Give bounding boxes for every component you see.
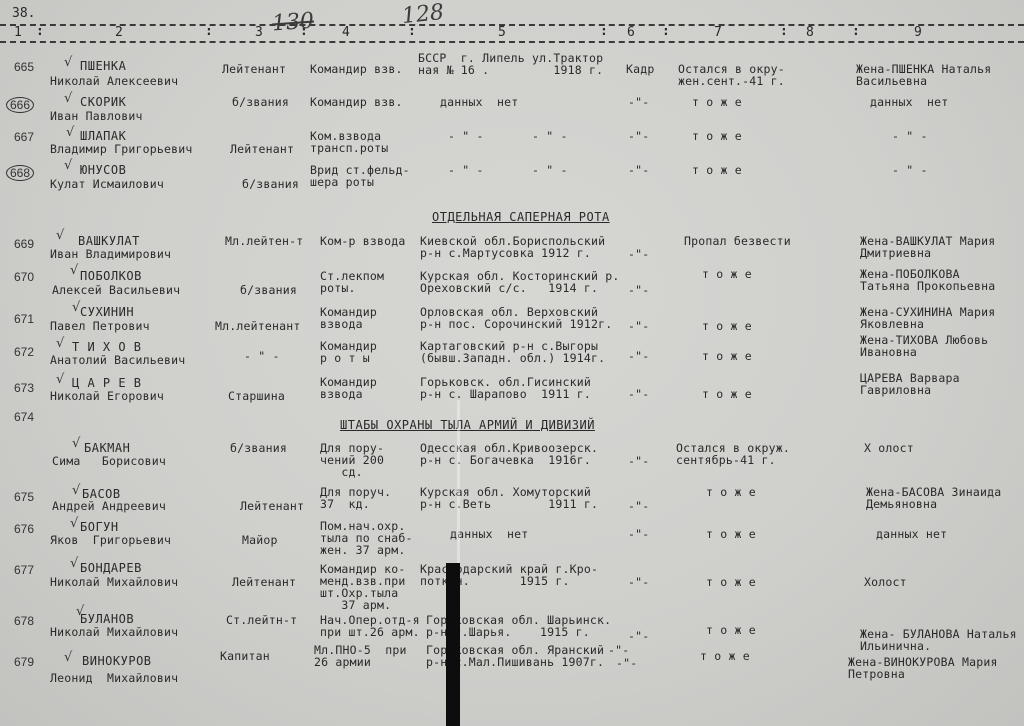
- source: -"-: [608, 644, 629, 656]
- rank: Мл.лейтенант: [215, 320, 300, 332]
- surname: ПОБОЛКОВ: [80, 270, 142, 282]
- relatives: Жена-ПОБОЛКОВА Татьяна Прокопьевна: [860, 268, 995, 292]
- given-names: Алексей Васильевич: [52, 284, 180, 296]
- rank: - " -: [244, 350, 280, 362]
- col-num-4: 4: [342, 25, 350, 40]
- rank: Лейтенант: [222, 63, 286, 75]
- rank: Старшина: [228, 390, 285, 402]
- fate: Остался в окруж. сентябрь-41 г.: [676, 442, 790, 466]
- given-names: Кулат Исмаилович: [50, 178, 164, 190]
- row-number-circled: 666: [6, 97, 34, 113]
- surname: СКОРИК: [80, 96, 126, 108]
- position: Ком-р взвода: [320, 235, 405, 247]
- fate: т о ж е: [700, 650, 750, 662]
- checkmark-icon: √: [66, 125, 74, 140]
- given-names: Сима Борисович: [52, 455, 166, 467]
- fate: т о ж е: [702, 350, 752, 362]
- birthplace-ditto: - " -: [532, 164, 568, 176]
- source: -"-: [628, 284, 649, 296]
- row-number: 669: [14, 237, 34, 251]
- rank: Лейтенант: [230, 143, 294, 155]
- col-sep: :: [852, 24, 860, 39]
- position: Для пору- чений 200 сд.: [320, 442, 384, 478]
- position: Командир взв.: [310, 63, 403, 75]
- relatives: Жена-ВИНОКУРОВА Мария Петровна: [848, 656, 998, 680]
- rank: б/звания: [240, 284, 297, 296]
- header-rule-top: [0, 24, 1024, 26]
- birthplace: Одесская обл.Кривоозерск. р-н с. Богачев…: [420, 442, 598, 466]
- row-number: 675: [14, 490, 34, 504]
- birthplace: Картаговский р-н с.Выгоры (бывш.Западн. …: [420, 340, 605, 364]
- source: -"-: [628, 388, 649, 400]
- fate: Пропал безвести: [684, 235, 791, 247]
- rank: Ст.лейтн-т: [226, 614, 297, 626]
- given-names: Иван Павлович: [50, 110, 143, 122]
- handwritten-struck-page: 130: [271, 9, 315, 37]
- position: Командир взвода: [320, 376, 377, 400]
- given-names: Леонид Михайлович: [50, 672, 178, 684]
- source: -"-: [628, 96, 649, 108]
- rank: Лейтенант: [232, 576, 296, 588]
- birthplace: Киевской обл.Бориспольский р-н с.Мартусо…: [420, 235, 605, 259]
- col-num-3: 3: [255, 25, 263, 40]
- col-sep: :: [205, 24, 213, 39]
- surname: Т И Х О В: [72, 341, 142, 353]
- relatives: Холост: [864, 576, 907, 588]
- fate: т о ж е: [702, 320, 752, 332]
- birthplace: Курская обл. Косторинский р. Ореховский …: [420, 270, 619, 294]
- rank: Лейтенант: [240, 500, 304, 512]
- checkmark-icon: √: [72, 436, 80, 451]
- rank: Капитан: [220, 650, 270, 662]
- position: Мл.ПНО-5 при 26 армии: [314, 644, 407, 668]
- given-names: Яков Григорьевич: [50, 534, 171, 546]
- row-number: 674: [14, 410, 34, 424]
- source: -"-: [628, 164, 649, 176]
- birthplace: - " -: [448, 164, 484, 176]
- col-num-6: 6: [627, 25, 635, 40]
- birthplace: Курская обл. Хомуторский р-н с.Веть 1911…: [420, 486, 598, 510]
- birthplace: - " -: [448, 130, 484, 142]
- row-number: 678: [14, 614, 34, 628]
- given-names: Николай Михайлович: [50, 576, 178, 588]
- source: -"-: [628, 455, 649, 467]
- row-number: 677: [14, 563, 34, 577]
- col-sep: :: [300, 24, 308, 39]
- given-names: Иван Владимирович: [50, 248, 171, 260]
- relatives: данных нет: [876, 528, 947, 540]
- section-title: ШТАБЫ ОХРАНЫ ТЫЛА АРМИЙ И ДИВИЗИЙ: [340, 418, 595, 432]
- fate: т о ж е: [706, 486, 756, 498]
- row-number: 667: [14, 130, 34, 144]
- fold-crease: [457, 400, 460, 590]
- relatives: Жена-ВАШКУЛАТ Мария Дмитриевна: [860, 235, 995, 259]
- position: Врид ст.фельд- шера роты: [310, 164, 410, 188]
- position: Пом.нач.охр. тыла по снаб- жен. 37 арм.: [320, 520, 413, 556]
- checkmark-icon: √: [56, 228, 64, 243]
- given-names: Павел Петрович: [50, 320, 150, 332]
- relatives: - " -: [892, 130, 928, 142]
- source: -"-: [628, 576, 649, 588]
- relatives: Х олост: [864, 442, 914, 454]
- position: Ст.лекпом роты.: [320, 270, 384, 294]
- checkmark-icon: √: [64, 91, 72, 106]
- source: -"-: [628, 320, 649, 332]
- checkmark-icon: √: [72, 483, 80, 498]
- source: Кадр: [626, 63, 655, 75]
- sheet-number: 38.: [12, 6, 35, 21]
- source: -"-: [628, 248, 649, 260]
- surname: БОНДАРЕВ: [80, 562, 142, 574]
- relatives: Жена-БАСОВА Зинаида Демьяновна: [866, 486, 1001, 510]
- fate: т о ж е: [692, 130, 742, 142]
- col-sep: :: [36, 24, 44, 39]
- given-names: Николай Алексеевич: [50, 75, 178, 87]
- surname: БОГУН: [80, 521, 119, 533]
- rank: Мл.лейтен-т: [225, 235, 303, 247]
- col-sep: :: [408, 24, 416, 39]
- col-sep: :: [600, 24, 608, 39]
- birthplace: данных нет: [440, 96, 518, 108]
- surname: ВИНОКУРОВ: [82, 655, 152, 667]
- fate: т о ж е: [702, 268, 752, 280]
- position: Ком.взвода трансп.роты: [310, 130, 388, 154]
- position: Для поруч. 37 кд.: [320, 486, 391, 510]
- surname: СУХИНИН: [80, 306, 134, 318]
- col-num-2: 2: [115, 25, 123, 40]
- fate: т о ж е: [702, 388, 752, 400]
- checkmark-icon: √: [56, 372, 64, 387]
- row-number: 671: [14, 312, 34, 326]
- fate: т о ж е: [692, 164, 742, 176]
- col-sep: :: [662, 24, 670, 39]
- relatives: Жена-СУХИНИНА Мария Яковлевна: [860, 306, 995, 330]
- surname: ШЛАПАК: [80, 130, 126, 142]
- birthplace: данных нет: [450, 528, 528, 540]
- source: -"-: [628, 130, 649, 142]
- rank: Майор: [242, 534, 278, 546]
- source-ditto: -"-: [616, 657, 637, 669]
- source: -"-: [628, 630, 649, 642]
- position: Командир взв.: [310, 96, 403, 108]
- given-names: Анатолий Васильевич: [50, 354, 185, 366]
- given-names: Николай Егорович: [50, 390, 164, 402]
- row-number: 679: [14, 655, 34, 669]
- relatives: Жена-ПШЕНКА Наталья Васильевна: [856, 63, 991, 87]
- birthplace: Горьковск. обл.Гисинский р-н с. Шарапово…: [420, 376, 591, 400]
- birthplace: БССР г. Липель ул.Трактор ная № 16 . 191…: [418, 52, 603, 76]
- row-number: 673: [14, 381, 34, 395]
- checkmark-icon: √: [70, 556, 78, 571]
- fate: т о ж е: [692, 96, 742, 108]
- surname: БУЛАНОВ: [80, 613, 134, 625]
- relatives: ЦАРЕВА Варвара Гавриловна: [860, 372, 960, 396]
- fate: т о ж е: [706, 624, 756, 636]
- redaction-bar: [446, 563, 460, 726]
- checkmark-icon: √: [70, 516, 78, 531]
- source: -"-: [628, 350, 649, 362]
- col-num-1: 1: [14, 25, 22, 40]
- checkmark-icon: √: [56, 336, 64, 351]
- position: Командир взвода: [320, 306, 377, 330]
- fate: т о ж е: [706, 528, 756, 540]
- surname: БАКМАН: [84, 442, 130, 454]
- fate: Остался в окру- жен.сент.-41 г.: [678, 63, 785, 87]
- surname: ЮНУСОВ: [80, 164, 126, 176]
- row-number-circled: 668: [6, 165, 34, 181]
- relatives: Жена-ТИХОВА Любовь Ивановна: [860, 334, 988, 358]
- source: -"-: [628, 500, 649, 512]
- surname: ПШЕНКА: [80, 60, 126, 72]
- relatives: Жена- БУЛАНОВА Наталья Ильинична.: [860, 628, 1017, 652]
- birthplace-ditto: - " -: [532, 130, 568, 142]
- row-number: 676: [14, 522, 34, 536]
- col-num-5: 5: [498, 25, 506, 40]
- fate: т о ж е: [706, 576, 756, 588]
- checkmark-icon: √: [70, 263, 78, 278]
- surname: ВАШКУЛАТ: [78, 235, 140, 247]
- checkmark-icon: √: [64, 650, 72, 665]
- birthplace: Орловская обл. Верховский р-н пос. Сороч…: [420, 306, 612, 330]
- relatives: - " -: [892, 164, 928, 176]
- col-num-8: 8: [806, 25, 814, 40]
- col-sep: :: [780, 24, 788, 39]
- rank: б/звания: [230, 442, 287, 454]
- surname: Ц А Р Е В: [72, 377, 142, 389]
- position: Командир ко- менд.взв.при шт.Охр.тыла 37…: [320, 563, 405, 611]
- source: -"-: [628, 528, 649, 540]
- header-rule-bottom: [0, 41, 1024, 43]
- row-number: 672: [14, 345, 34, 359]
- section-title: ОТДЕЛЬНАЯ САПЕРНАЯ РОТА: [432, 210, 610, 224]
- col-num-7: 7: [714, 25, 722, 40]
- position: Нач.Опер.отд-я при шт.26 арм.: [320, 614, 420, 638]
- checkmark-icon: √: [64, 55, 72, 70]
- position: Командир р о т ы: [320, 340, 377, 364]
- given-names: Николай Михайлович: [50, 626, 178, 638]
- rank: б/звания: [232, 96, 289, 108]
- rank: б/звания: [242, 178, 299, 190]
- given-names: Владимир Григорьевич: [50, 143, 192, 155]
- col-num-9: 9: [914, 25, 922, 40]
- given-names: Андрей Андреевич: [52, 500, 166, 512]
- row-number: 665: [14, 60, 34, 74]
- checkmark-icon: √: [64, 158, 72, 173]
- row-number: 670: [14, 270, 34, 284]
- relatives: данных нет: [870, 96, 948, 108]
